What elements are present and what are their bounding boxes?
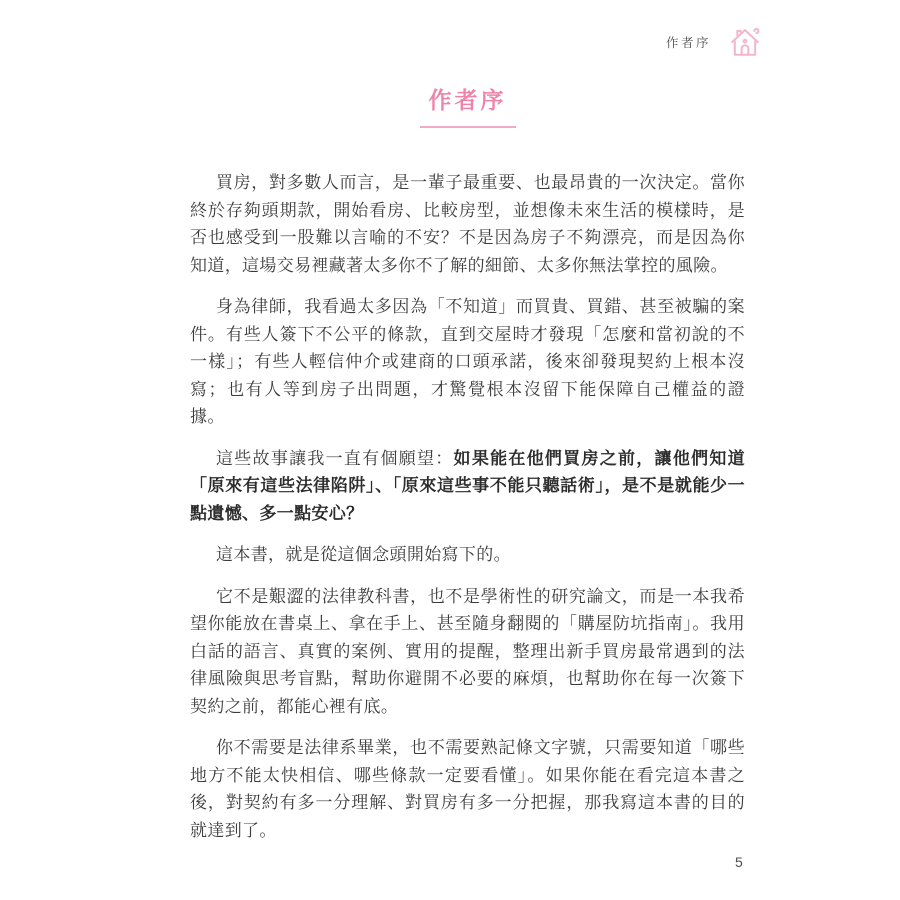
paragraph-4: 這本書，就是從這個念頭開始寫下的。 [190,541,745,569]
book-page: 作者序 作者序 [0,0,900,900]
paragraph-5: 它不是艱澀的法律教科書，也不是學術性的研究論文，而是一本我希望你能放在書桌上、拿… [190,583,745,721]
paragraph-6: 你不需要是法律系畢業，也不需要熟記條文字號，只需要知道「哪些地方不能太快相信、哪… [190,734,745,844]
paragraph-3-lead: 這些故事讓我一直有個願望： [216,449,454,468]
chapter-title-wrap: 作者序 [190,82,745,128]
paragraph-3: 這些故事讓我一直有個願望：如果能在他們買房之前，讓他們知道「原來有這些法律陷阱」… [190,445,745,528]
page-title: 作者序 [420,82,516,128]
page-number: 5 [735,854,743,870]
paragraph-1: 買房，對多數人而言，是一輩子最重要、也最昂貴的一次決定。當你終於存夠頭期款，開始… [190,169,745,279]
paragraph-2: 身為律師，我看過太多因為「不知道」而買貴、買錯、甚至被騙的案件。有些人簽下不公平… [190,293,745,431]
page-content: 作者序 買房，對多數人而言，是一輩子最重要、也最昂貴的一次決定。當你終於存夠頭期… [190,0,745,858]
